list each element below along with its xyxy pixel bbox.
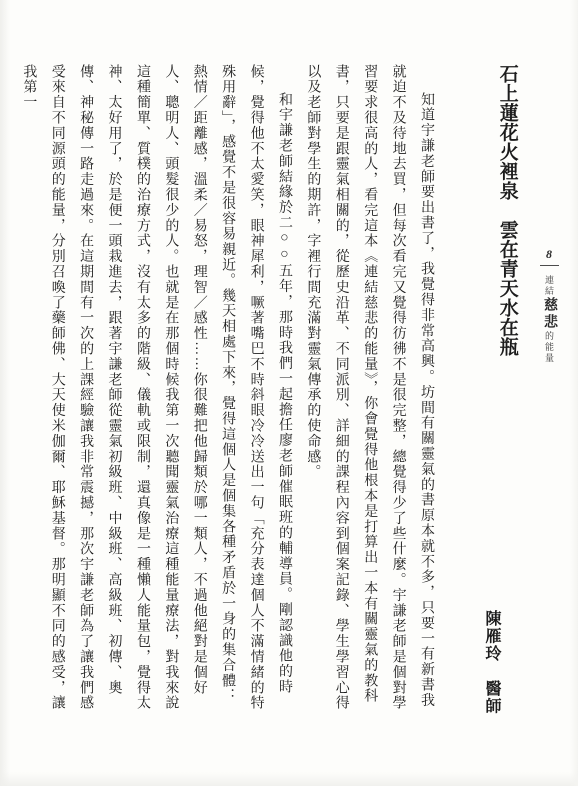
book-page-scan: 8 連結慈悲的能量 石上蓮花火裡泉 雲在青天水在瓶 陳雁玲 醫師 知道宇謙老師要…: [0, 0, 578, 786]
paragraph-1: 知道宇謙老師要出書了，我覺得非常高興。坊間有關靈氣的書原本就不多，只要一有新書我…: [298, 64, 440, 714]
running-title: 連結慈悲的能量: [539, 275, 559, 364]
running-title-suffix: 的能量: [544, 331, 554, 364]
page-number-rule: [540, 265, 559, 266]
page-margin-block: 8 連結慈悲的能量: [535, 247, 563, 364]
running-title-emphasis: 慈悲: [542, 297, 557, 331]
author-name: 陳雁玲 醫師: [480, 610, 503, 715]
running-title-prefix: 連結: [544, 275, 554, 297]
paragraph-2: 和宇謙老師結緣於二○○五年，那時我們一起擔任廖老師催眠班的輔導員。剛認識他的時候…: [14, 64, 298, 714]
chapter-title: 石上蓮花火裡泉 雲在青天水在瓶: [494, 64, 521, 357]
body-text: 知道宇謙老師要出書了，我覺得非常高興。坊間有關靈氣的書原本就不多，只要一有新書我…: [14, 64, 440, 714]
page-number: 8: [535, 247, 563, 262]
